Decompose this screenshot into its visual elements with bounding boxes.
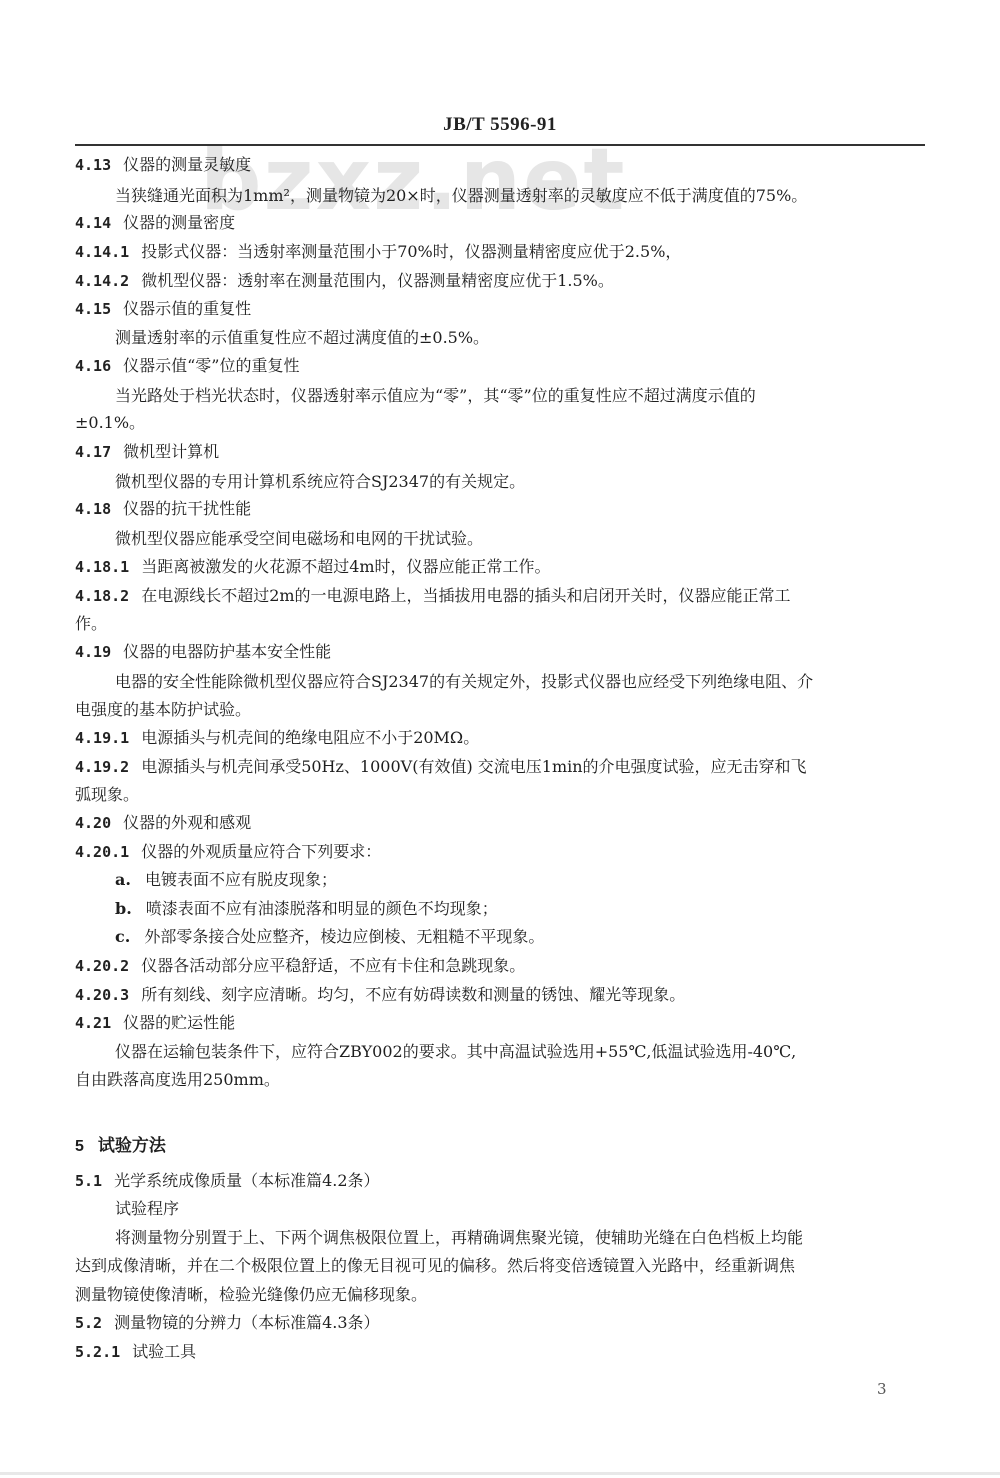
clause-item: 4.20.2仪器各活动部分应平稳舒适，不应有卡住和急跳现象。 [75, 956, 525, 976]
header-divider [75, 144, 925, 146]
paragraph: 电器的安全性能除微机型仪器应符合SJ2347的有关规定外，投影式仪器也应经受下列… [115, 672, 813, 692]
clause-item: 4.19.1电源插头与机壳间的绝缘电阻应不小于20MΩ。 [75, 728, 479, 748]
paragraph-continuation: 作。 [75, 614, 107, 634]
paragraph: 将测量物分别置于上、下两个调焦极限位置上，再精确调焦聚光镜，使辅助光缝在白色档板… [115, 1228, 803, 1248]
paragraph-continuation: 达到成像清晰，并在二个极限位置上的像无目视可见的偏移。然后将变倍透镜置入光路中，… [75, 1256, 795, 1276]
list-item: b.喷漆表面不应有油漆脱落和明显的颜色不均现象； [115, 899, 498, 919]
paragraph: 微机型仪器的专用计算机系统应符合SJ2347的有关规定。 [115, 472, 525, 492]
clause-heading: 5.1光学系统成像质量（本标准篇4.2条） [75, 1171, 380, 1191]
list-item: c.外部零条接合处应整齐，棱边应倒棱、无粗糙不平现象。 [115, 927, 544, 947]
document-header: JB/T 5596-91 [0, 114, 1000, 136]
list-item: a.电镀表面不应有脱皮现象； [115, 870, 337, 890]
clause-heading: 4.19仪器的电器防护基本安全性能 [75, 642, 331, 662]
clause-item: 4.19.2电源插头与机壳间承受50Hz、1000V(有效值) 交流电压1min… [75, 757, 807, 777]
paragraph: 试验程序 [115, 1199, 179, 1219]
paragraph: 微机型仪器应能承受空间电磁场和电网的干扰试验。 [115, 529, 483, 549]
document-page: bzxz.net JB/T 5596-91 4.13仪器的测量灵敏度 当狭缝通光… [0, 0, 1000, 1478]
clause-heading: 4.20仪器的外观和感观 [75, 813, 251, 833]
paragraph: 当光路处于档光状态时，仪器透射率示值应为“零”，其“零”位的重复性应不超过满度示… [115, 386, 756, 406]
clause-item: 4.14.2微机型仪器：透射率在测量范围内，仪器测量精密度应优于1.5%。 [75, 271, 614, 291]
paragraph: 当狭缝通光面积为1mm²，测量物镜为20×时，仪器测量透射率的灵敏度应不低于满度… [115, 186, 807, 206]
clause-item: 4.20.3所有刻线、刻字应清晰。均匀，不应有妨碍读数和测量的锈蚀、耀光等现象。 [75, 985, 685, 1005]
clause-heading: 4.18仪器的抗干扰性能 [75, 499, 251, 519]
clause-item: 4.18.1当距离被激发的火花源不超过4m时，仪器应能正常工作。 [75, 557, 551, 577]
paragraph: 测量透射率的示值重复性应不超过满度值的±0.5%。 [115, 328, 489, 348]
clause-heading: 4.15仪器示值的重复性 [75, 299, 251, 319]
clause-item: 4.18.2在电源线长不超过2m的一电源电路上，当插拔用电器的插头和启闭开关时，… [75, 586, 791, 606]
paragraph-continuation: 弧现象。 [75, 785, 139, 805]
clause-item: 4.14.1投影式仪器：当透射率测量范围小于70%时，仪器测量精密度应优于2.5… [75, 242, 681, 262]
paragraph-continuation: 测量物镜使像清晰，检验光缝像仍应无偏移现象。 [75, 1285, 427, 1305]
bottom-divider [0, 1472, 1000, 1475]
paragraph-continuation: 自由跌落高度选用250mm。 [75, 1070, 280, 1090]
clause-item: 4.20.1仪器的外观质量应符合下列要求： [75, 842, 381, 862]
section-heading: 5试验方法 [75, 1136, 166, 1157]
paragraph-continuation: ±0.1%。 [75, 413, 145, 433]
clause-item: 5.2.1试验工具 [75, 1342, 196, 1362]
paragraph: 仪器在运输包装条件下，应符合ZBY002的要求。其中高温试验选用+55℃,低温试… [115, 1042, 796, 1062]
clause-heading: 4.17微机型计算机 [75, 442, 219, 462]
clause-heading: 4.16仪器示值“零”位的重复性 [75, 356, 300, 376]
clause-heading: 4.14仪器的测量密度 [75, 213, 235, 233]
page-number: 3 [877, 1380, 887, 1398]
clause-heading: 4.21仪器的贮运性能 [75, 1013, 235, 1033]
clause-heading: 5.2测量物镜的分辨力（本标准篇4.3条） [75, 1313, 380, 1333]
paragraph-continuation: 电强度的基本防护试验。 [75, 700, 251, 720]
clause-heading: 4.13仪器的测量灵敏度 [75, 155, 251, 175]
